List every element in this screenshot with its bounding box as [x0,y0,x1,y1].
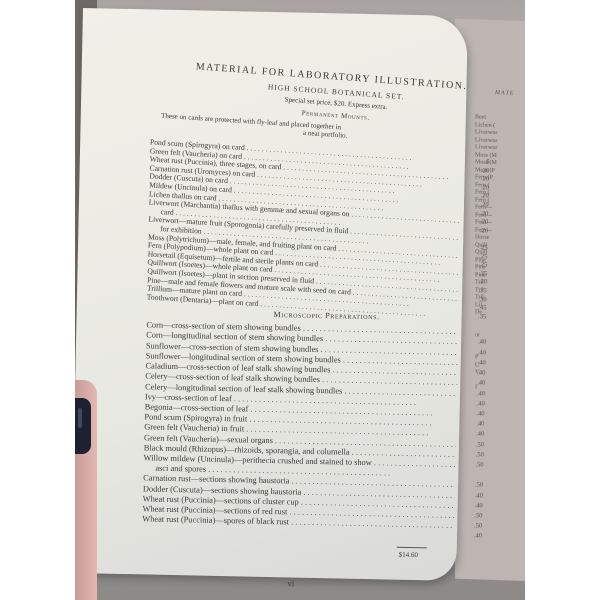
facing-page-title: MATE [495,90,514,97]
item-price: .35 [458,312,486,322]
item-price: .40 [455,490,483,501]
item-price: .40 [458,337,486,348]
item-price: .40 [457,399,485,410]
item-price: .50 [456,439,484,450]
item-price: .50 [454,511,482,522]
painted-fingernail [75,398,91,454]
item-price: .40 [458,348,486,359]
page-number: vi [101,574,481,592]
item-price: .50 [455,480,483,491]
page-content: MATERIAL FOR LABORATORY ILLUSTRATION. HI… [141,67,492,592]
item-price: .40 [457,378,485,389]
book-page: MATERIAL FOR LABORATORY ILLUSTRATION. HI… [75,8,468,581]
item-price: .40 [454,531,482,542]
item-price: .50 [456,450,484,461]
item-price: .40 [457,368,485,379]
item-price: .50 [454,521,482,532]
total-price: $14.60 [399,550,482,560]
item-price: .50 [455,460,483,471]
microscopic-preparations-section: Microscopic Preparations. Corn—cross-sec… [142,308,487,542]
book-photo: MATE Beet Lichen ( Liverwor Liverwor Liv… [75,0,525,600]
permanent-mounts-section: Permanent Mounts. These on cards are pro… [147,107,491,308]
item-price: .40 [458,358,486,369]
item-price: .40 [456,419,484,430]
microscopic-preparations-list: Corn—cross-section of stem showing bundl… [142,321,486,542]
item-price: .40 [457,388,485,399]
item-price: .40 [455,501,483,512]
permanent-mounts-list: Pond scum (Spirogyra) on card$Green felt… [147,138,490,308]
item-price: .40 [456,429,484,440]
item-price: .40 [456,409,484,420]
total-rule [397,546,427,548]
